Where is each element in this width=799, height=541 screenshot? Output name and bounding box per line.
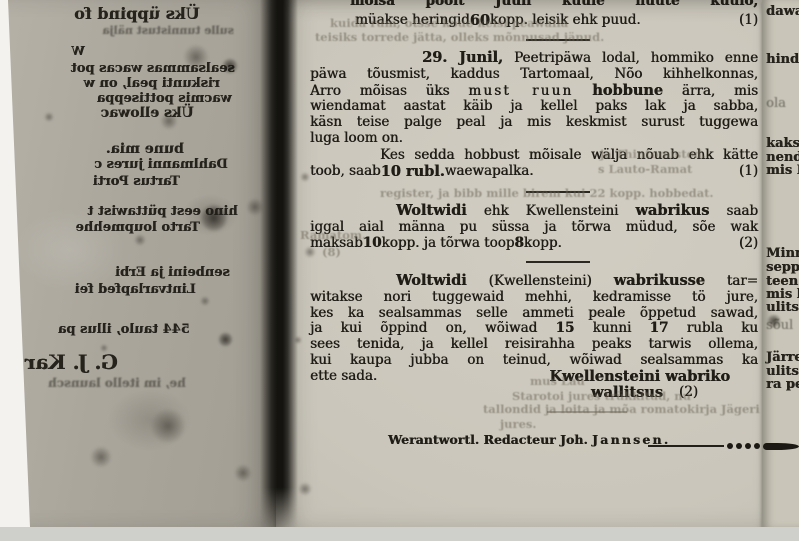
notice-line: 29. Junil, Peetripäwa lodal, hommiko enn… [310,50,758,67]
scan-photo: Üks üppind fo sulle tunnistust nälja W s… [0,0,799,541]
notice-text: saab [709,203,758,219]
page-fragment: dawa [766,4,799,19]
page-fragment: seppa [766,260,799,275]
ornament-dot [754,443,760,449]
mirrored-text-line: Tartus Porti [0,174,180,189]
reward-amount: 10 rubl. [381,164,445,180]
ref-badge: (2) [739,236,758,252]
stain [183,44,209,70]
notice-line: iggal aial männa pu süssa ja tõrwa müdud… [310,220,758,236]
ghost-text-line: (8) [322,245,341,259]
mirrored-text-line: wacmis pottiseppa [0,91,232,106]
page-fragment: mis N [766,163,799,178]
page-fragment: kaks [766,136,799,151]
notice-text: waewapalka. [445,164,534,180]
mirrored-text-line: G. J. Kar [0,355,118,370]
notice-line: kes ka sealsammas selle ammeti peale õpp… [310,306,758,322]
notice-text: ärra, mis [682,83,758,99]
ghost-text-line: Starotoi jures trükkitud, nu [512,389,691,403]
notice-text: Peetripäwa lodal, hommiko enne [514,50,758,66]
spaced-words: must ruun [468,83,573,99]
notice-text: kunni [574,320,649,336]
stain [150,408,186,444]
ref-badge: (1) [739,13,758,29]
imprint-text: Werantwortl. Redacteur Joh. [388,432,592,447]
notice-line: luga loom on. [310,131,758,147]
imprint-line: Werantwortl. Redacteur Joh. Jannsen. [388,432,670,447]
date-lead: 29. Junil, [422,49,503,66]
ghost-text-line: kuida rum, otsse koue keisi peawalla [330,16,568,30]
ghost-text-line: teisiks torrede jätta, olleks mõnnusad j… [315,30,604,44]
notice-text: ehk Kwellensteini [467,203,636,219]
ghost-text-line: tallondid ja loita ja mõa romatokirja Jä… [483,402,760,416]
ref-badge: (1) [739,164,758,180]
ornament-dot [745,443,751,449]
notice-text: toob, saab [310,164,381,180]
stain [218,332,233,347]
mirrored-text-line: riskunti peal, on w [0,76,220,91]
section-rule [526,261,590,263]
stain [200,204,228,232]
page-fragment: ra pe [766,377,799,392]
notice-text: kopp. [524,236,562,252]
ornament-rule-line [648,445,724,447]
book-spine [260,0,298,530]
ghost-text-line: s Lauto-Ramat [598,162,692,176]
stain [90,446,112,468]
notice-text: ette sada. [310,369,377,385]
page-fragment: hinde [766,52,799,67]
page-fragment: Minne [766,246,799,261]
ghost-text-line: jures. [500,417,536,431]
page-fragment: ola [766,96,786,111]
wage-number: 15 [555,320,574,336]
end-ornament [648,440,799,452]
notice-line: witakse nori tuggewaid mehhi, kedramisse… [310,290,758,306]
stain [134,234,146,246]
stain [44,112,54,122]
notice-text: kopp. ja tõrwa toop [381,236,514,252]
notice-line: Arro mõisas üks must ruun hobbune ärra, … [310,83,758,100]
notice-text: rubla ku [668,320,758,336]
stain [300,172,310,182]
notice-line: kui kaupa jubba on teinud, wõiwad sealsa… [310,353,758,369]
stain [160,112,178,130]
notice-text: tar= [705,273,758,289]
stain [298,482,312,496]
mirrored-text-line: W [0,44,85,59]
scanner-background-band [0,527,799,541]
price-line: maksab 10 kopp. ja tõrwa toop 8 kopp. (2… [310,236,758,252]
left-page-mirrored-text: Üks üppind fo sulle tunnistust nälja W s… [0,0,276,527]
notice-text: Arro mõisas üks [310,83,468,99]
notice-line: Woltwidi (Kwellensteini) wabrikusse tar= [310,273,758,290]
factory-name: Woltwidi [396,272,467,289]
ghost-text-line: register, ja bibb mille birem kui 22 kop… [380,186,713,200]
emphasis-word: wabrikusse [614,272,705,289]
mirrored-text-line: Dahlmanni jures c [0,157,228,172]
left-page: Üks üppind fo sulle tunnistust nälja W s… [0,0,276,527]
mirrored-text-line: sulle tunnistust nälja [0,23,234,38]
page-fragment: Järrel [766,350,799,365]
ornament-blade [763,443,799,450]
mirrored-text-line: 544 taulo, illus pa [0,322,190,337]
stain [100,344,108,352]
page-fragment: ulitsa [766,300,799,315]
emphasis-word: hobbune [592,82,663,99]
horse-notice-paragraph: 29. Junil, Peetripäwa lodal, hommiko enn… [310,50,758,147]
mirrored-text-line: he, im itello launsch [0,376,186,391]
notice-text: ja kui õppind on, wõiwad [310,320,555,336]
notice-line: käsn teise palge peal ja mis keskmist su… [310,115,758,131]
stain [304,246,316,258]
notice-line: ja kui õppind on, wõiwad 15 kunni 17 rub… [310,321,758,337]
clipped-headline-fragment: mõisa poolt Juuli kuule huute kuulo, [310,0,758,10]
ghost-text-line: mus Lau [530,374,585,388]
ornament-dot [736,443,742,449]
stain [767,314,781,328]
notice-line: wiendamat aastat käib ja kellel paks lak… [310,99,758,115]
stain [234,464,252,482]
factory-sale-notice: Woltwidi ehk Kwellensteini wabrikus saab… [310,203,758,251]
mirrored-text-line: Tarto loupmehhe [0,220,200,235]
notice-line: päwa tõusmist, kaddus Tartomaal, Nõo kih… [310,67,758,83]
emphasis-word: wabrikus [635,202,709,219]
mirrored-text-line: bune mia. [0,142,184,157]
factory-name: Woltwidi [396,202,467,219]
notice-line: Woltwidi ehk Kwellensteini wabrikus saab [310,203,758,220]
notice-text: (Kwellensteini) [467,273,614,289]
notice-line: sees tenida, ja kellel reisirahha peaks … [310,337,758,353]
mirrored-text-line: Lintvarlapfed fei [0,282,196,297]
mirrored-text-line: Üks üppind fo [0,6,200,21]
ornament-dot [727,443,733,449]
ghost-text-line: Ramatom. [300,228,366,242]
mirrored-text-line: senbeini ja Erbi [0,265,230,280]
price-number: 8 [514,236,523,252]
wage-number: 17 [650,320,669,336]
stain [222,58,238,74]
stain [200,296,210,306]
ghost-text-line: ja Thintomisted. [600,147,706,161]
